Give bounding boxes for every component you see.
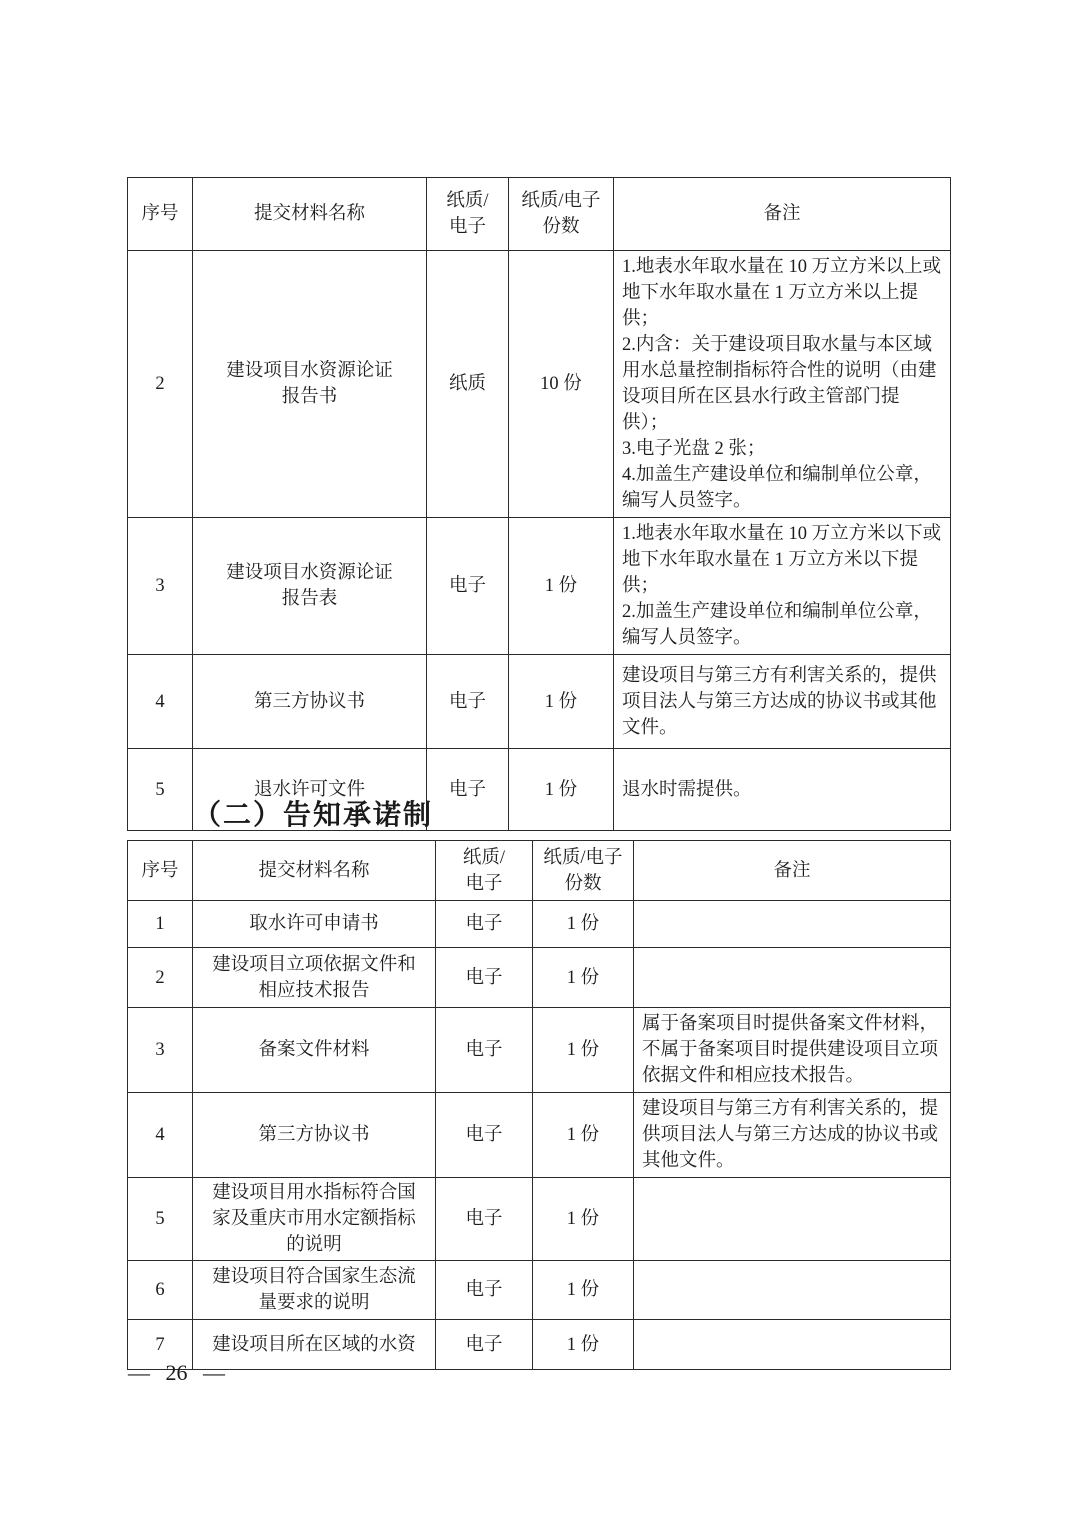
medium-cell: 电子 [436, 1093, 533, 1178]
table-header-row: 序号 提交材料名称 纸质/ 电子 纸质/电子 份数 备注 [128, 178, 951, 251]
table-row: 3 备案文件材料 电子 1 份 属于备案项目时提供备案文件材料，不属于备案项目时… [128, 1008, 951, 1093]
copies-cell: 1 份 [533, 1008, 634, 1093]
remark-cell [634, 1178, 951, 1261]
medium-cell: 电子 [427, 749, 509, 831]
medium-cell: 纸质 [427, 251, 509, 518]
seq-cell: 5 [128, 1178, 193, 1261]
material-name-cell: 建设项目水资源论证 报告表 [193, 518, 427, 655]
table-row: 4 第三方协议书 电子 1 份 建设项目与第三方有利害关系的，提供项目法人与第三… [128, 655, 951, 749]
materials-table-notification-commitment: 序号 提交材料名称 纸质/ 电子 纸质/电子 份数 备注 1 取水许可申请书 电… [127, 840, 951, 1370]
material-name-cell: 建设项目水资源论证 报告书 [193, 251, 427, 518]
medium-cell: 电子 [436, 948, 533, 1008]
section-heading: （二）告知承诺制 [193, 793, 433, 833]
seq-cell: 6 [128, 1261, 193, 1320]
copies-cell: 1 份 [533, 1261, 634, 1320]
remark-cell: 属于备案项目时提供备案文件材料，不属于备案项目时提供建设项目立项依据文件和相应技… [634, 1008, 951, 1093]
material-name-cell: 建设项目所在区域的水资 [193, 1320, 436, 1370]
seq-cell: 5 [128, 749, 193, 831]
medium-cell: 电子 [436, 901, 533, 948]
document-page: 序号 提交材料名称 纸质/ 电子 纸质/电子 份数 备注 2 建设项目水资源论证… [0, 0, 1074, 1520]
table-row: 3 建设项目水资源论证 报告表 电子 1 份 1.地表水年取水量在 10 万立方… [128, 518, 951, 655]
table-row: 1 取水许可申请书 电子 1 份 [128, 901, 951, 948]
copies-cell: 1 份 [533, 948, 634, 1008]
seq-cell: 3 [128, 518, 193, 655]
seq-cell: 2 [128, 251, 193, 518]
header-material-name: 提交材料名称 [193, 178, 427, 251]
header-material-name: 提交材料名称 [193, 841, 436, 901]
remark-cell [634, 1320, 951, 1370]
remark-cell: 1.地表水年取水量在 10 万立方米以上或地下水年取水量在 1 万立方米以上提供… [614, 251, 951, 518]
seq-cell: 4 [128, 1093, 193, 1178]
medium-cell: 电子 [427, 655, 509, 749]
remark-cell [634, 948, 951, 1008]
materials-table-general: 序号 提交材料名称 纸质/ 电子 纸质/电子 份数 备注 2 建设项目水资源论证… [127, 177, 951, 831]
remark-cell: 1.地表水年取水量在 10 万立方米以下或地下水年取水量在 1 万立方米以下提供… [614, 518, 951, 655]
copies-cell: 1 份 [509, 749, 614, 831]
table-row: 6 建设项目符合国家生态流 量要求的说明 电子 1 份 [128, 1261, 951, 1320]
seq-cell: 2 [128, 948, 193, 1008]
material-name-cell: 备案文件材料 [193, 1008, 436, 1093]
copies-cell: 1 份 [509, 518, 614, 655]
table-row: 2 建设项目水资源论证 报告书 纸质 10 份 1.地表水年取水量在 10 万立… [128, 251, 951, 518]
material-name-cell: 取水许可申请书 [193, 901, 436, 948]
copies-cell: 1 份 [533, 1178, 634, 1261]
medium-cell: 电子 [436, 1008, 533, 1093]
table-row: 5 建设项目用水指标符合国 家及重庆市用水定额指标 的说明 电子 1 份 [128, 1178, 951, 1261]
remark-cell: 退水时需提供。 [614, 749, 951, 831]
remark-cell [634, 1261, 951, 1320]
seq-cell: 4 [128, 655, 193, 749]
remark-cell: 建设项目与第三方有利害关系的，提供项目法人与第三方达成的协议书或其他文件。 [634, 1093, 951, 1178]
medium-cell: 电子 [436, 1178, 533, 1261]
medium-cell: 电子 [436, 1320, 533, 1370]
table-row: 2 建设项目立项依据文件和 相应技术报告 电子 1 份 [128, 948, 951, 1008]
copies-cell: 10 份 [509, 251, 614, 518]
copies-cell: 1 份 [533, 901, 634, 948]
header-remark: 备注 [614, 178, 951, 251]
table-row: 7 建设项目所在区域的水资 电子 1 份 [128, 1320, 951, 1370]
remark-cell [634, 901, 951, 948]
material-name-cell: 建设项目立项依据文件和 相应技术报告 [193, 948, 436, 1008]
material-name-cell: 第三方协议书 [193, 655, 427, 749]
copies-cell: 1 份 [533, 1093, 634, 1178]
header-medium: 纸质/ 电子 [436, 841, 533, 901]
page-number: — 26 — [128, 1360, 225, 1386]
seq-cell: 3 [128, 1008, 193, 1093]
medium-cell: 电子 [436, 1261, 533, 1320]
header-medium: 纸质/ 电子 [427, 178, 509, 251]
header-remark: 备注 [634, 841, 951, 901]
header-seq: 序号 [128, 178, 193, 251]
remark-cell: 建设项目与第三方有利害关系的，提供项目法人与第三方达成的协议书或其他文件。 [614, 655, 951, 749]
header-seq: 序号 [128, 841, 193, 901]
material-name-cell: 建设项目用水指标符合国 家及重庆市用水定额指标 的说明 [193, 1178, 436, 1261]
table-row: 4 第三方协议书 电子 1 份 建设项目与第三方有利害关系的，提供项目法人与第三… [128, 1093, 951, 1178]
material-name-cell: 第三方协议书 [193, 1093, 436, 1178]
header-copies: 纸质/电子 份数 [509, 178, 614, 251]
material-name-cell: 建设项目符合国家生态流 量要求的说明 [193, 1261, 436, 1320]
medium-cell: 电子 [427, 518, 509, 655]
copies-cell: 1 份 [533, 1320, 634, 1370]
seq-cell: 1 [128, 901, 193, 948]
table-header-row: 序号 提交材料名称 纸质/ 电子 纸质/电子 份数 备注 [128, 841, 951, 901]
copies-cell: 1 份 [509, 655, 614, 749]
header-copies: 纸质/电子 份数 [533, 841, 634, 901]
